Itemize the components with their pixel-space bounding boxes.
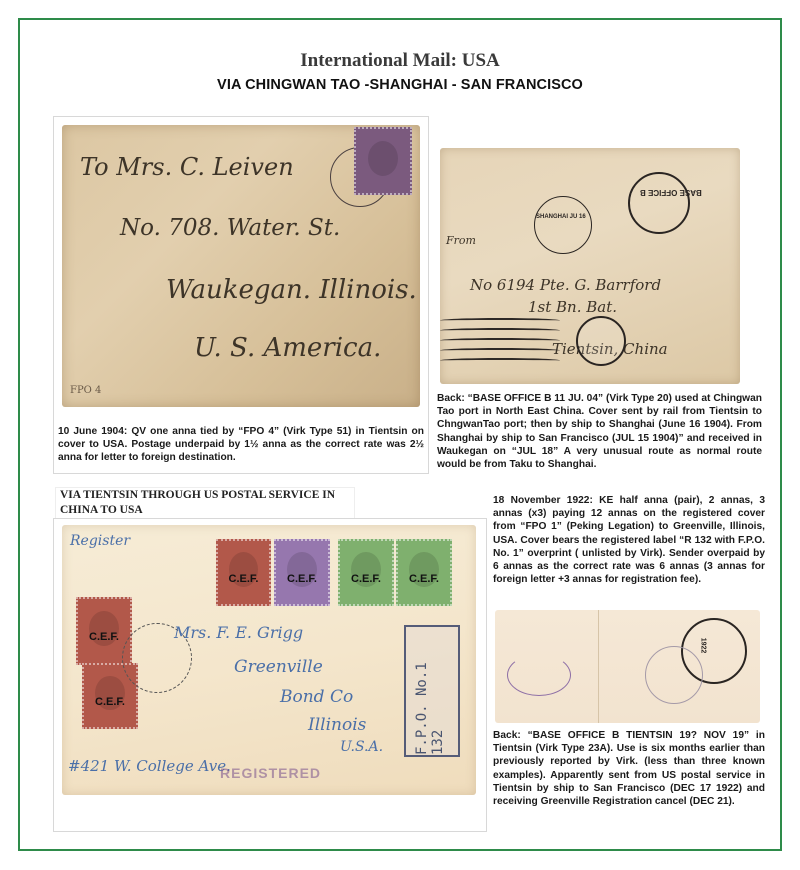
- cover2-back-caption: Back: “BASE OFFICE B TIENTSIN 19? NOV 19…: [493, 729, 765, 808]
- page-subtitle: VIA CHINGWAN TAO -SHANGHAI - SAN FRANCIS…: [0, 77, 800, 93]
- section-heading: VIA TIENTSIN THROUGH US POSTAL SERVICE I…: [55, 487, 355, 519]
- cover2-front-caption: 18 November 1922: KE half anna (pair), 2…: [493, 494, 765, 586]
- page-title: International Mail: USA: [0, 50, 800, 72]
- address-line: U. S. America.: [194, 333, 381, 363]
- address-line: Illinois: [308, 715, 366, 735]
- registration-postmark: [645, 646, 703, 704]
- machine-cancel-line: [440, 328, 560, 333]
- stamp-3-annas: C.E.F.: [216, 539, 271, 606]
- registered-handstamp: REGISTERED: [220, 765, 321, 781]
- pencil-note: FPO 4: [70, 385, 101, 396]
- cover1-back-caption: Back: “BASE OFFICE B 11 JU. 04” (Virk Ty…: [437, 392, 762, 471]
- machine-cancel-line: [440, 348, 560, 353]
- address-line: To Mrs. C. Leiven: [80, 153, 294, 181]
- sender-line: No 6194 Pte. G. Barrford: [470, 276, 661, 294]
- base-office-postmark-text: BASE OFFICE B: [640, 188, 702, 197]
- stamp-half-anna: C.E.F.: [396, 539, 452, 606]
- cover2-front-image[interactable]: Register C.E.F. C.E.F. C.E.F. C.E.F. C.E…: [62, 525, 476, 795]
- cover1-front-image[interactable]: To Mrs. C. Leiven No. 708. Water. St. Wa…: [62, 125, 420, 407]
- address-line: Waukegan. Illinois.: [166, 275, 417, 305]
- greenville-postmark-text: 1922: [699, 638, 706, 654]
- address-line: No. 708. Water. St.: [120, 215, 340, 241]
- register-note: Register: [70, 533, 130, 549]
- shanghai-postmark-text: SHANGHAI JU 16: [536, 214, 586, 220]
- cover1-back-image[interactable]: SHANGHAI JU 16 BASE OFFICE B From No 619…: [440, 148, 740, 384]
- base-office-tientsin-postmark: [507, 654, 571, 696]
- cover1-front-caption: 10 June 1904: QV one anna tied by “FPO 4…: [58, 425, 424, 465]
- address-line: Mrs. F. E. Grigg: [174, 623, 303, 642]
- from-label: From: [446, 234, 476, 247]
- address-line: U.S.A.: [340, 739, 383, 755]
- registration-label: F.P.O. No.1 132: [404, 625, 460, 757]
- machine-cancel-line: [440, 358, 560, 363]
- base-office-postmark: [628, 172, 690, 234]
- sender-line: 1st Bn. Bat.: [528, 298, 617, 316]
- cover2-back-image[interactable]: 1922: [495, 610, 760, 723]
- return-note: #421 W. College Ave.: [68, 757, 231, 775]
- stamp-2-annas: C.E.F.: [274, 539, 330, 606]
- address-line: Bond Co: [280, 687, 353, 707]
- waukegan-postmark: [576, 316, 626, 366]
- address-line: Greenville: [234, 657, 323, 677]
- qv-one-anna-stamp: [354, 127, 412, 195]
- machine-cancel-line: [440, 318, 560, 323]
- fold-line: [598, 610, 599, 723]
- stamp-half-anna: C.E.F.: [338, 539, 394, 606]
- machine-cancel-line: [440, 338, 560, 343]
- shanghai-postmark: [534, 196, 592, 254]
